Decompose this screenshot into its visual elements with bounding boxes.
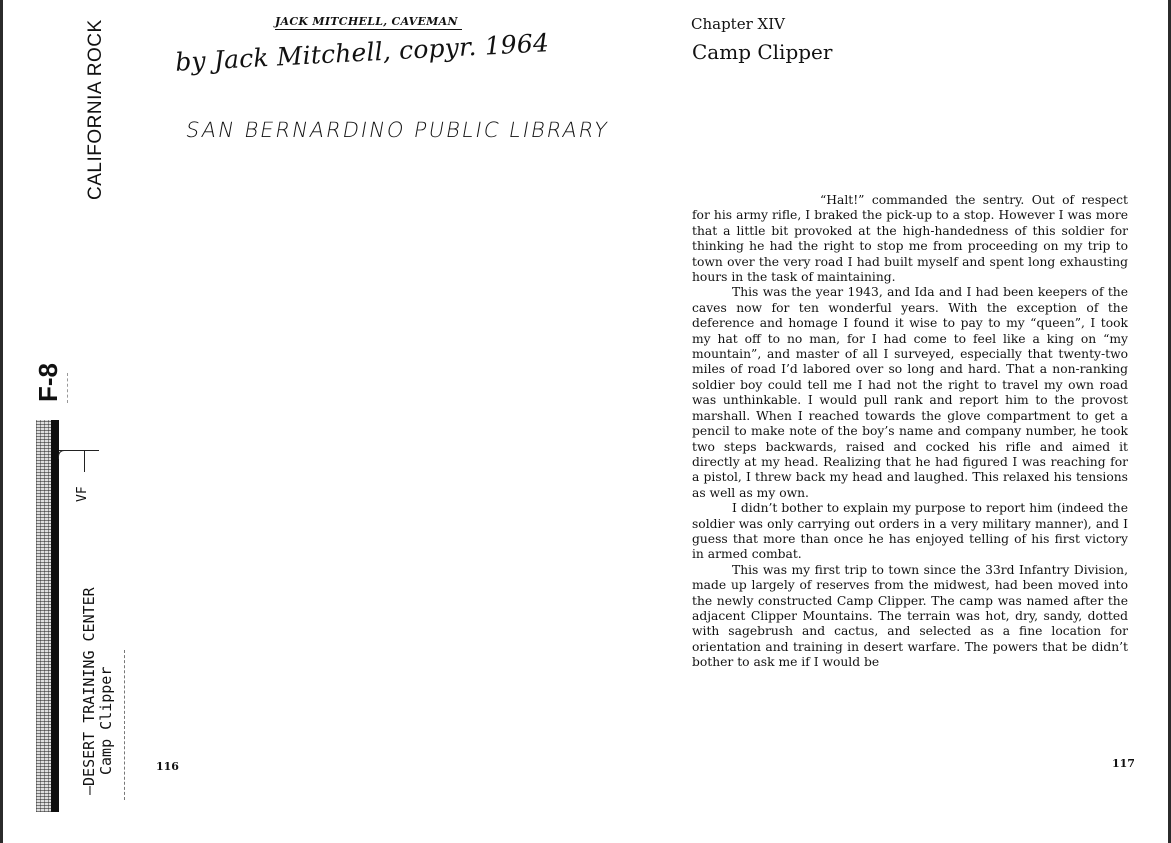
dotted-mark [67,373,69,403]
right-page: Chapter XIV Camp Clipper “Halt!” command… [690,0,1130,843]
california-rock-stamp: CALIFORNIA ROCK [85,19,107,200]
book-title-header: JACK MITCHELL, CAVEMAN [275,15,462,30]
dotted-guide-line [124,650,126,800]
chapter-label: Chapter XIV [691,15,785,33]
page-number-left: 116 [156,760,179,773]
file-code-label: F-8 [33,363,64,402]
handwritten-author-note: by Jack Mitchell, copyr. 1964 [174,28,549,77]
subject-label-line1: —DESERT TRAINING CENTER [80,587,98,795]
chapter-body: “Halt!” commanded the sentry. Out of re­… [692,193,1128,671]
subject-label-line2: Camp Clipper [98,587,115,795]
vf-bracket-tick [84,450,85,472]
chapter-title: Camp Clipper [692,40,832,64]
vf-bracket [59,450,99,473]
page-number-right: 117 [1112,757,1135,770]
handwritten-library-note: SAN BERNARDINO PUBLIC LIBRARY [184,118,611,142]
paragraph: I didn’t bother to explain my purpose to… [692,501,1128,563]
spine-bar [51,420,59,812]
vertical-file-label: VF [75,486,90,502]
paragraph: “Halt!” commanded the sentry. Out of re­… [692,193,1128,285]
paragraph: This was the year 1943, and Ida and I ha… [692,285,1128,501]
subject-label: —DESERT TRAINING CENTER Camp Clipper [81,587,115,795]
paragraph: This was my first trip to town since the… [692,563,1128,671]
left-page: CALIFORNIA ROCK F-8 VF —DESERT TRAINING … [3,0,643,843]
